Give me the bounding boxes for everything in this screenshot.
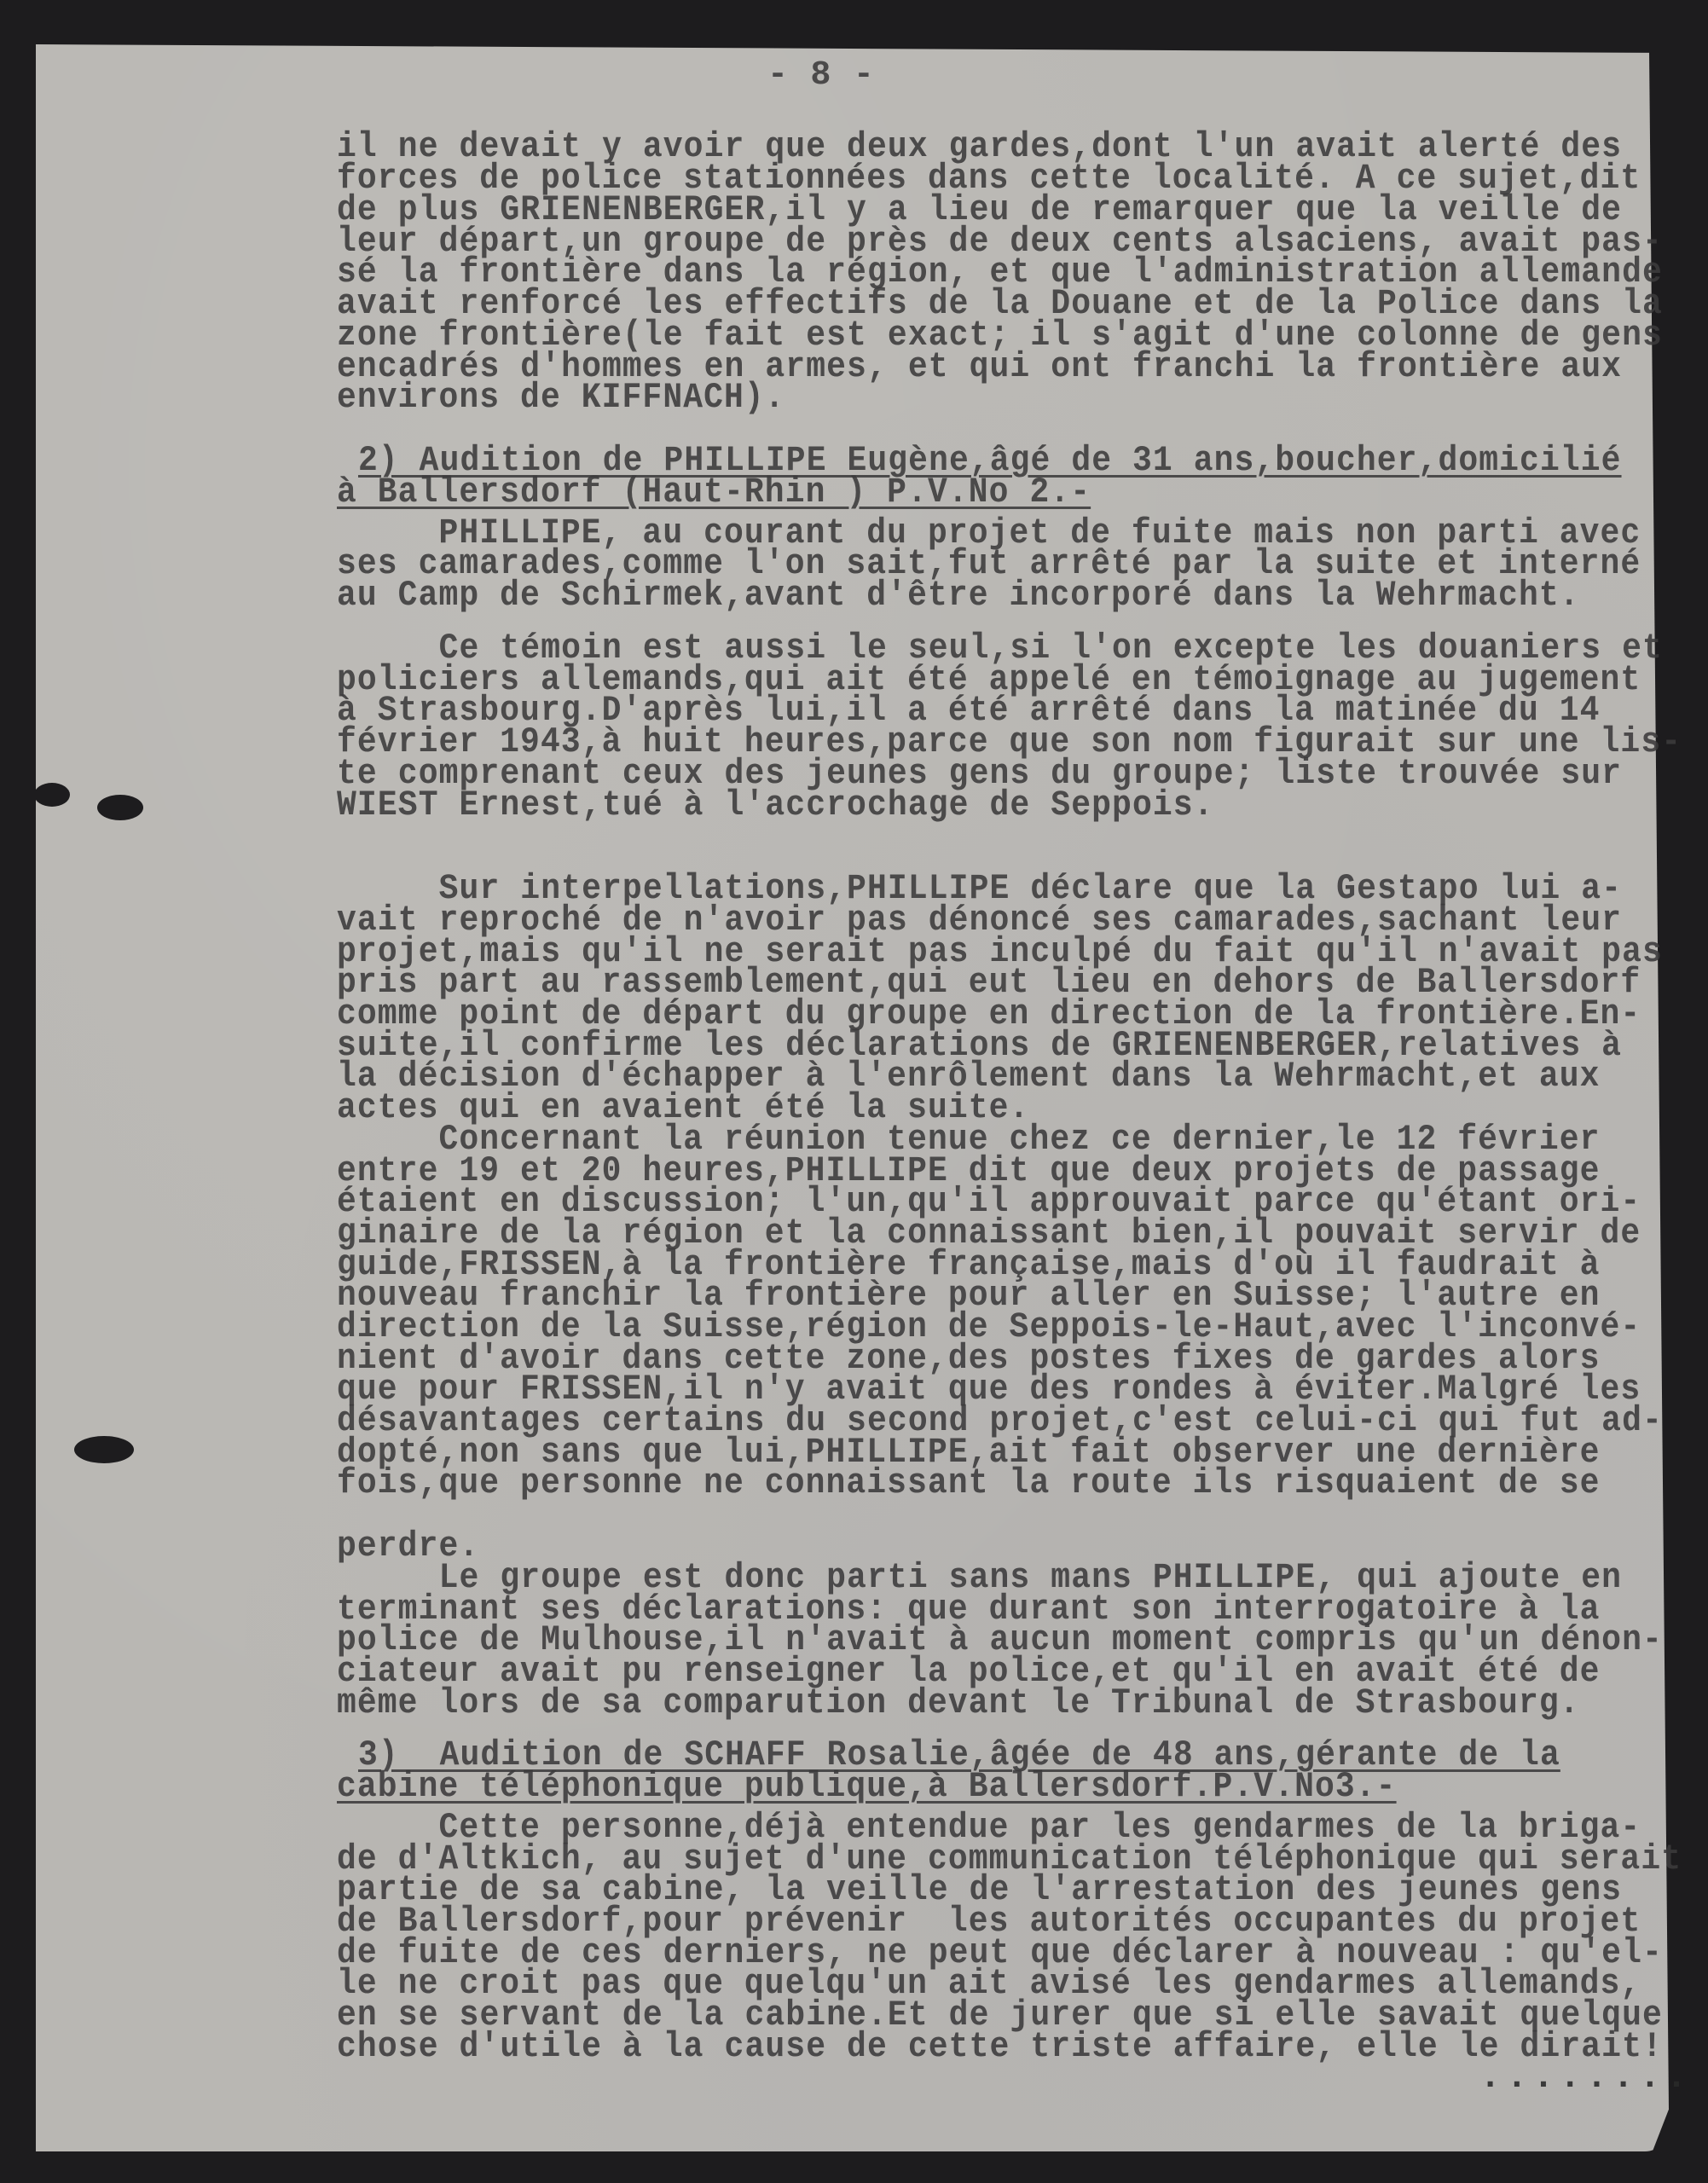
text-line: chose d'utile à la cause de cette triste…	[337, 2031, 1663, 2063]
ellipsis-dots: ........	[1479, 2062, 1693, 2093]
text-line: fois,que personne ne connaissant la rout…	[337, 1468, 1601, 1499]
text-line: même lors de sa comparution devant le Tr…	[337, 1688, 1580, 1719]
text-line: environs de KIFFNACH).	[337, 382, 785, 414]
page-number: - 8 -	[767, 60, 875, 91]
typed-text: - 8 - il ne devait y avoir que deux gard…	[0, 0, 1708, 2183]
section-3-title: cabine téléphonique publique,à Ballersdo…	[337, 1771, 1397, 1803]
text-line: au Camp de Schirmek,avant d'être incorpo…	[337, 580, 1580, 611]
section-2-title: à Ballersdorf (Haut-Rhin ) P.V.No 2.-	[337, 477, 1091, 508]
text-line: WIEST Ernest,tué à l'accrochage de Seppo…	[337, 790, 1214, 821]
